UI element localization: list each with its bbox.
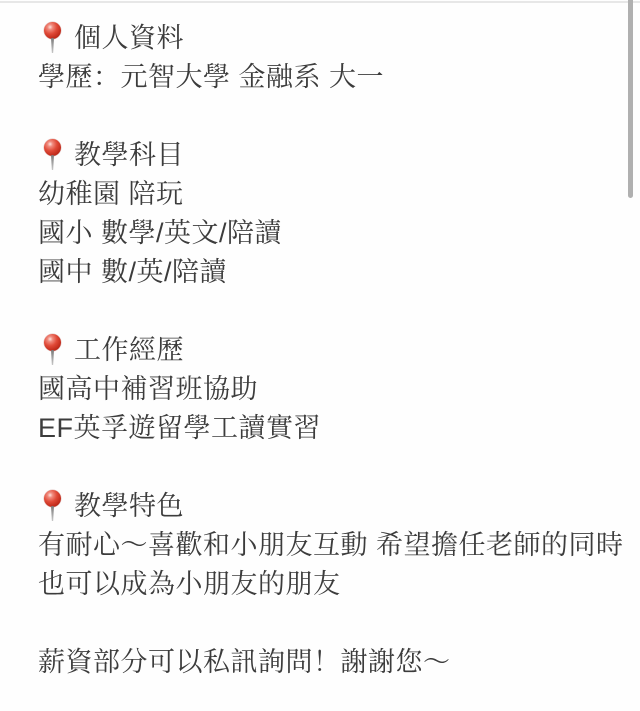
pushpin-needle [51, 38, 54, 53]
pushpin-head [44, 22, 61, 39]
round-pushpin-icon [44, 139, 62, 172]
text-line-elementary: 國小 數學/英文/陪讀 [38, 214, 618, 253]
profile-description-content: 個人資料 學歷：元智大學 金融系 大一 教學科目 幼稚園 陪玩 國小 數學/英文… [0, 19, 628, 682]
text-line-junior-high: 國中 數/英/陪讀 [38, 253, 618, 292]
text-line-patience: 有耐心～喜歡和小朋友互動 希望擔任老師的同時 [38, 526, 618, 565]
pushpin-needle [51, 506, 54, 521]
round-pushpin-icon [44, 490, 62, 523]
pushpin-needle [51, 155, 54, 170]
section-teaching-features: 教學特色 有耐心～喜歡和小朋友互動 希望擔任老師的同時 也可以成為小朋友的朋友 [38, 487, 618, 604]
top-divider [0, 1, 640, 3]
section-work-experience: 工作經歷 國高中補習班協助 EF英孚遊留學工讀實習 [38, 331, 618, 448]
text-line-kindergarten: 幼稚園 陪玩 [38, 175, 618, 214]
round-pushpin-icon [44, 22, 62, 55]
section-heading-teaching-features: 教學特色 [38, 487, 618, 526]
text-line-education: 學歷：元智大學 金融系 大一 [38, 58, 618, 97]
pushpin-head [44, 334, 61, 351]
section-heading-text: 工作經歷 [74, 331, 184, 370]
profile-description-screen: 個人資料 學歷：元智大學 金融系 大一 教學科目 幼稚園 陪玩 國小 數學/英文… [0, 0, 640, 711]
pushpin-head [44, 139, 61, 156]
section-teaching-subjects: 教學科目 幼稚園 陪玩 國小 數學/英文/陪讀 國中 數/英/陪讀 [38, 136, 618, 292]
round-pushpin-icon [44, 334, 62, 367]
section-heading-text: 教學科目 [74, 136, 184, 175]
section-heading-teaching-subjects: 教學科目 [38, 136, 618, 175]
section-heading-work-experience: 工作經歷 [38, 331, 618, 370]
text-line-ef-internship: EF英孚遊留學工讀實習 [38, 409, 618, 448]
section-heading-personal-info: 個人資料 [38, 19, 618, 58]
pushpin-needle [51, 350, 54, 365]
footer-note: 薪資部分可以私訊詢問！謝謝您～ [38, 643, 618, 682]
section-heading-text: 教學特色 [74, 487, 184, 526]
section-personal-info: 個人資料 學歷：元智大學 金融系 大一 [38, 19, 618, 97]
text-line-friend: 也可以成為小朋友的朋友 [38, 565, 618, 604]
text-line-cram-school: 國高中補習班協助 [38, 370, 618, 409]
scrollbar-thumb[interactable] [628, 0, 633, 198]
pushpin-head [44, 490, 61, 507]
section-heading-text: 個人資料 [74, 19, 184, 58]
